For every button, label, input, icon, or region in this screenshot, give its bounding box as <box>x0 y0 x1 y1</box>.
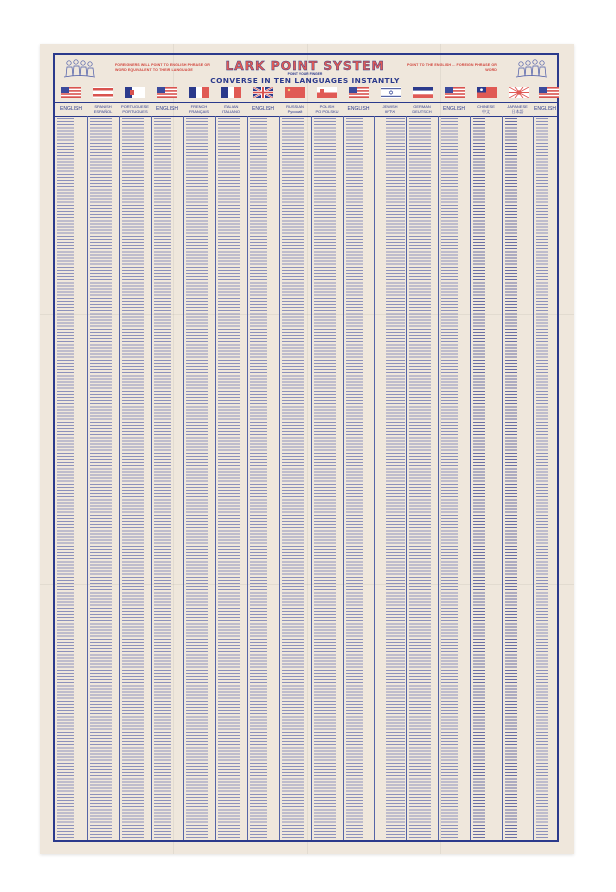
poster-title: LARK POINT SYSTEM <box>205 58 405 73</box>
column-header-german: GERMANDEUTSCH <box>406 103 438 116</box>
flag-row <box>55 86 557 102</box>
column-header-english: ENGLISH <box>151 103 183 116</box>
language-poster: FOREIGNERS WILL POINT TO ENGLISH PHRASE … <box>40 44 574 854</box>
spanish-flag-icon <box>93 87 113 98</box>
column-polish <box>311 116 344 840</box>
column-russian <box>279 116 312 840</box>
usa-flag-icon <box>61 87 81 98</box>
column-english <box>55 116 87 840</box>
poster-header: FOREIGNERS WILL POINT TO ENGLISH PHRASE … <box>55 55 557 115</box>
column-english <box>151 116 184 840</box>
italian-flag-icon <box>221 87 241 98</box>
column-english <box>247 116 280 840</box>
column-header-english: ENGLISH <box>343 103 374 116</box>
usa-flag-icon <box>539 87 559 98</box>
column-header-french: FRENCHFRANÇAIS <box>183 103 215 116</box>
japanese-flag-icon <box>509 87 529 98</box>
language-header-row: ENGLISH SPANISHESPAÑOL PORTUGUESEPORTUGU… <box>55 102 557 117</box>
portuguese-flag-icon <box>125 87 145 98</box>
german-flag-icon <box>413 87 433 98</box>
usa-flag-icon <box>157 87 177 98</box>
poster-subtitle: CONVERSE IN TEN LANGUAGES INSTANTLY <box>195 76 415 85</box>
soldiers-emblem-icon <box>61 58 97 78</box>
column-header-polish: POLISHPO POLSKU <box>311 103 343 116</box>
column-header-italian: ITALIANITALIANO <box>215 103 247 116</box>
column-header-english: ENGLISH <box>438 103 470 116</box>
column-header-jewish: JEWISHאידיש <box>374 103 406 116</box>
column-english <box>438 116 471 840</box>
column-chinese <box>470 116 503 840</box>
usa-flag-icon <box>349 87 369 98</box>
polish-flag-icon <box>317 87 337 98</box>
chinese-flag-icon <box>477 87 497 98</box>
column-header-japanese: JAPANESE日本語 <box>502 103 533 116</box>
column-header-russian: RUSSIANРусский <box>279 103 311 116</box>
column-header-spanish: SPANISHESPAÑOL <box>87 103 119 116</box>
phrase-columns <box>55 116 557 840</box>
column-jewish <box>374 116 407 840</box>
column-header-portuguese: PORTUGUESEPORTUGUES <box>119 103 151 116</box>
column-header-english: ENGLISH <box>247 103 279 116</box>
column-header-english: ENGLISH <box>533 103 557 116</box>
uk-flag-icon <box>253 87 273 98</box>
column-header-english: ENGLISH <box>55 103 87 116</box>
usa-flag-icon <box>445 87 465 98</box>
column-german <box>406 116 439 840</box>
soviet-flag-icon <box>285 87 305 98</box>
column-french <box>183 116 216 840</box>
soldiers-emblem-icon <box>513 58 549 78</box>
column-header-chinese: CHINESE中文 <box>470 103 502 116</box>
column-english <box>343 116 375 840</box>
column-english <box>533 116 558 840</box>
poster-frame: FOREIGNERS WILL POINT TO ENGLISH PHRASE … <box>53 53 559 842</box>
instruction-right: POINT TO THE ENGLISH ... FOREIGN PHRASE … <box>407 63 497 72</box>
jewish-flag-icon <box>381 87 401 98</box>
column-italian <box>215 116 248 840</box>
column-portuguese <box>119 116 152 840</box>
french-flag-icon <box>189 87 209 98</box>
column-japanese <box>502 116 534 840</box>
column-spanish <box>87 116 120 840</box>
instruction-left: FOREIGNERS WILL POINT TO ENGLISH PHRASE … <box>115 63 211 72</box>
